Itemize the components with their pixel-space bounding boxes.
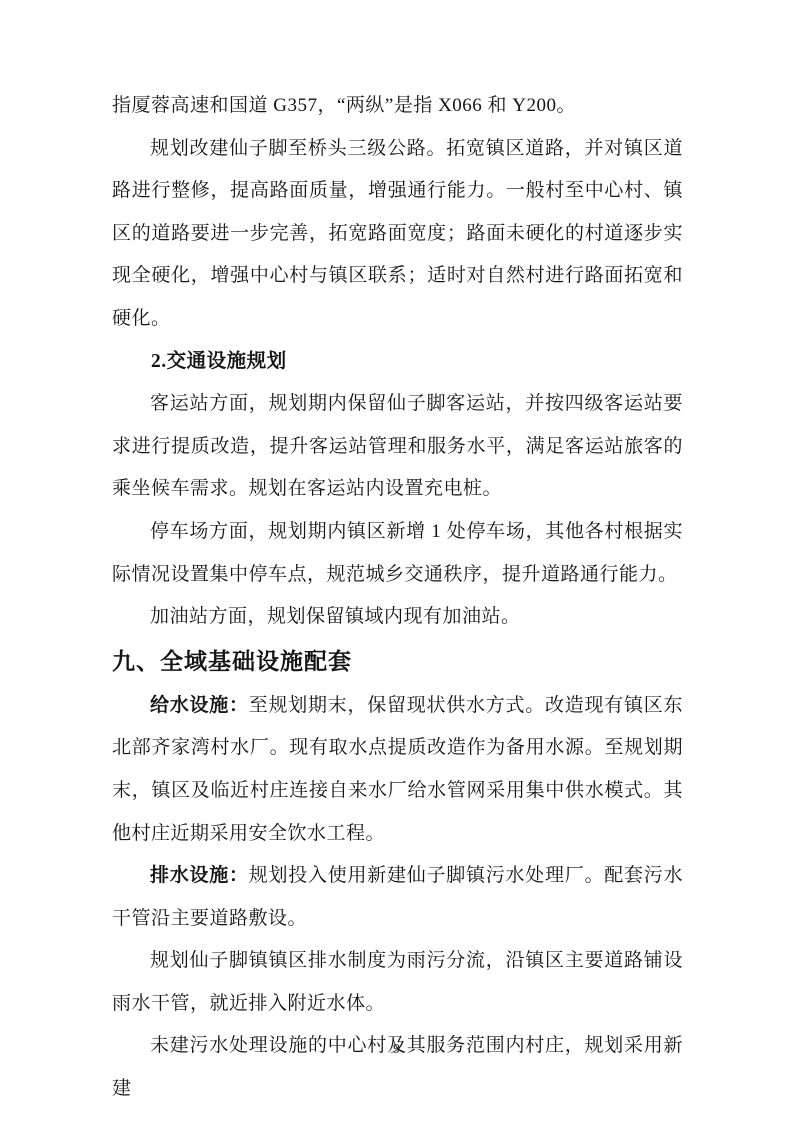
paragraph: 指厦蓉高速和国道 G357，“两纵”是指 X066 和 Y200。 [112,85,683,128]
document-page: 指厦蓉高速和国道 G357，“两纵”是指 X066 和 Y200。规划改建仙子脚… [0,0,793,1122]
page-footer: 9 [0,1042,793,1058]
paragraph: 规划改建仙子脚至桥头三级公路。拓宽镇区道路，并对镇区道路进行整修，提高路面质量，… [112,128,683,341]
paragraph: 未建污水处理设施的中心村及其服务范围内村庄，规划采用新建 [112,1025,683,1110]
paragraph: 加油站方面，规划保留镇域内现有加油站。 [112,596,683,639]
sub-heading: 2.交通设施规划 [112,341,683,384]
paragraph-lead: 排水设施： [150,865,249,886]
paragraph: 规划仙子脚镇镇区排水制度为雨污分流，沿镇区主要道路铺设雨水干管，就近排入附近水体… [112,940,683,1025]
paragraph: 排水设施：规划投入使用新建仙子脚镇污水处理厂。配套污水干管沿主要道路敷设。 [112,855,683,940]
document-body: 指厦蓉高速和国道 G357，“两纵”是指 X066 和 Y200。规划改建仙子脚… [112,85,683,1111]
paragraph: 停车场方面，规划期内镇区新增 1 处停车场，其他各村根据实际情况设置集中停车点，… [112,511,683,596]
paragraph-lead: 给水设施： [150,695,249,716]
page-number: 9 [393,1042,400,1057]
paragraph: 客运站方面，规划期内保留仙子脚客运站，并按四级客运站要求进行提质改造，提升客运站… [112,383,683,511]
section-heading: 九、全域基础设施配套 [112,639,683,685]
paragraph: 给水设施：至规划期末，保留现状供水方式。改造现有镇区东北部齐家湾村水厂。现有取水… [112,685,683,855]
